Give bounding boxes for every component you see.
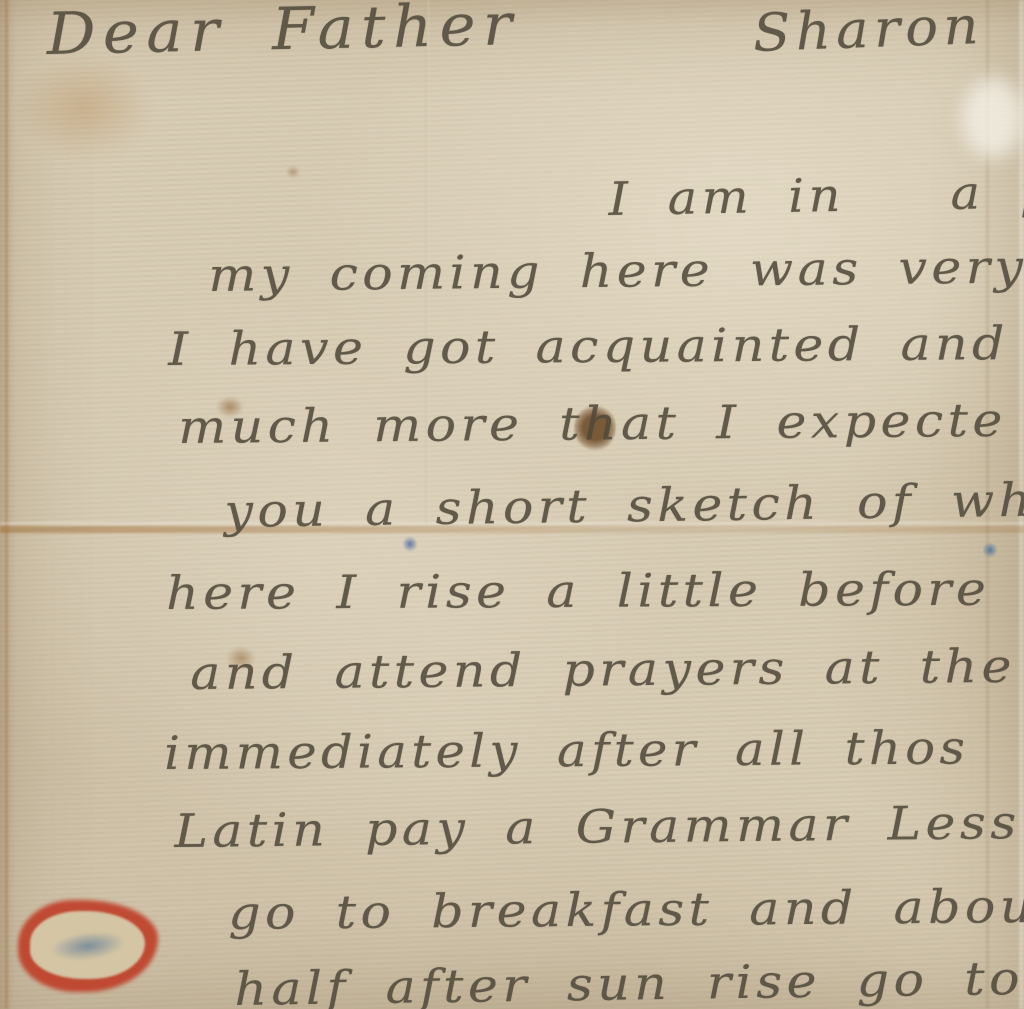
salutation: Dear Father bbox=[46, 0, 520, 68]
stain-dot bbox=[286, 166, 300, 178]
letter-page: Dear Father Sharon I am in a p my coming… bbox=[0, 0, 1024, 1009]
body-line-1: I am in a p bbox=[608, 164, 1024, 226]
body-line-5: you a short sketch of wh bbox=[224, 473, 1024, 538]
body-line-10: go to breakfast and about bbox=[228, 879, 1024, 940]
blue-ink-mark-left bbox=[399, 533, 422, 556]
body-line-2: my coming here was very p bbox=[208, 239, 1024, 302]
body-line-7: and attend prayers at the bbox=[190, 639, 1016, 700]
body-line-6: here I rise a little before su bbox=[166, 561, 1024, 620]
body-line-9: Latin pay a Grammar Less bbox=[174, 795, 1021, 858]
body-line-8: immediately after all thos bbox=[164, 720, 969, 780]
dateline: Sharon bbox=[752, 0, 985, 64]
body-line-4: much more that I expecte bbox=[178, 393, 1007, 454]
page-left-edge bbox=[5, 0, 8, 1009]
blue-ink-mark-right bbox=[979, 539, 1002, 562]
light-patch-top-right bbox=[962, 78, 1024, 158]
body-line-11: half after sun rise go to sc bbox=[234, 950, 1024, 1009]
body-line-3: I have got acquainted and w bbox=[168, 316, 1024, 376]
stain-top-left bbox=[14, 52, 154, 162]
wax-seal bbox=[18, 900, 158, 992]
